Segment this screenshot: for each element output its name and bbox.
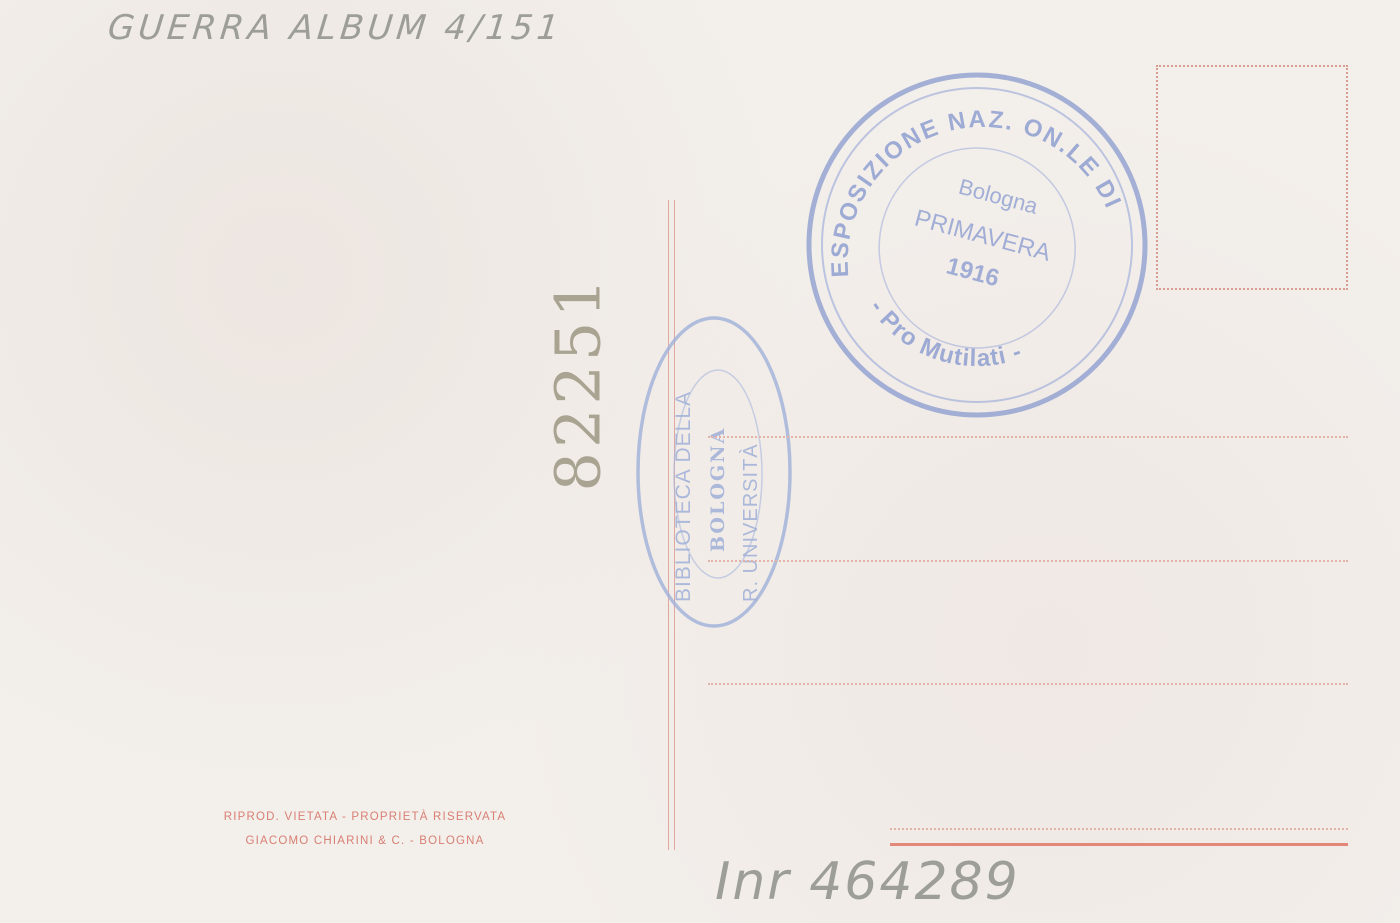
- svg-text:- Pro Mutilati -: - Pro Mutilati -: [863, 288, 1026, 378]
- exhibition-round-stamp: ESPOSIZIONE NAZ. ON.LE DI BENEFICENZA - …: [796, 61, 1159, 429]
- svg-text:ESPOSIZIONE NAZ. ON.LE DI BENE: ESPOSIZIONE NAZ. ON.LE DI BENEFICENZA: [796, 61, 1130, 279]
- address-underline: [890, 843, 1348, 846]
- university-library-stamp: BIBLIOTECA DELLA R. UNIVERSITÀ BOLOGNA: [632, 312, 797, 632]
- inventory-number: 82251: [542, 292, 615, 492]
- svg-text:R. UNIVERSITÀ: R. UNIVERSITÀ: [739, 443, 762, 602]
- handwritten-archive-note: GUERRA ALBUM 4/151: [106, 8, 565, 48]
- round-stamp-outer-bottom: - Pro Mutilati -: [863, 288, 1026, 378]
- address-line-3: [708, 683, 1348, 685]
- address-line-4: [890, 828, 1348, 830]
- library-stamp-left: BIBLIOTECA DELLA: [672, 391, 695, 602]
- svg-text:BOLOGNA: BOLOGNA: [707, 427, 729, 552]
- round-stamp-year: 1916: [944, 252, 1003, 292]
- round-stamp-city: Bologna: [956, 174, 1041, 219]
- publisher-rights-notice: RIPROD. VIETATA - PROPRIETÀ RISERVATA: [190, 811, 540, 823]
- handwritten-inventory-number: Inr 464289: [715, 852, 1020, 912]
- postage-stamp-box: [1156, 65, 1348, 290]
- svg-text:BIBLIOTECA DELLA: BIBLIOTECA DELLA: [672, 391, 695, 602]
- address-line-2: [708, 560, 1348, 562]
- library-stamp-center: BOLOGNA: [707, 427, 729, 552]
- publisher-name: GIACOMO CHIARINI & C. - BOLOGNA: [190, 835, 540, 847]
- address-line-1: [708, 436, 1348, 438]
- round-stamp-outer-top: ESPOSIZIONE NAZ. ON.LE DI BENEFICENZA: [796, 61, 1130, 279]
- library-stamp-right: R. UNIVERSITÀ: [739, 443, 762, 602]
